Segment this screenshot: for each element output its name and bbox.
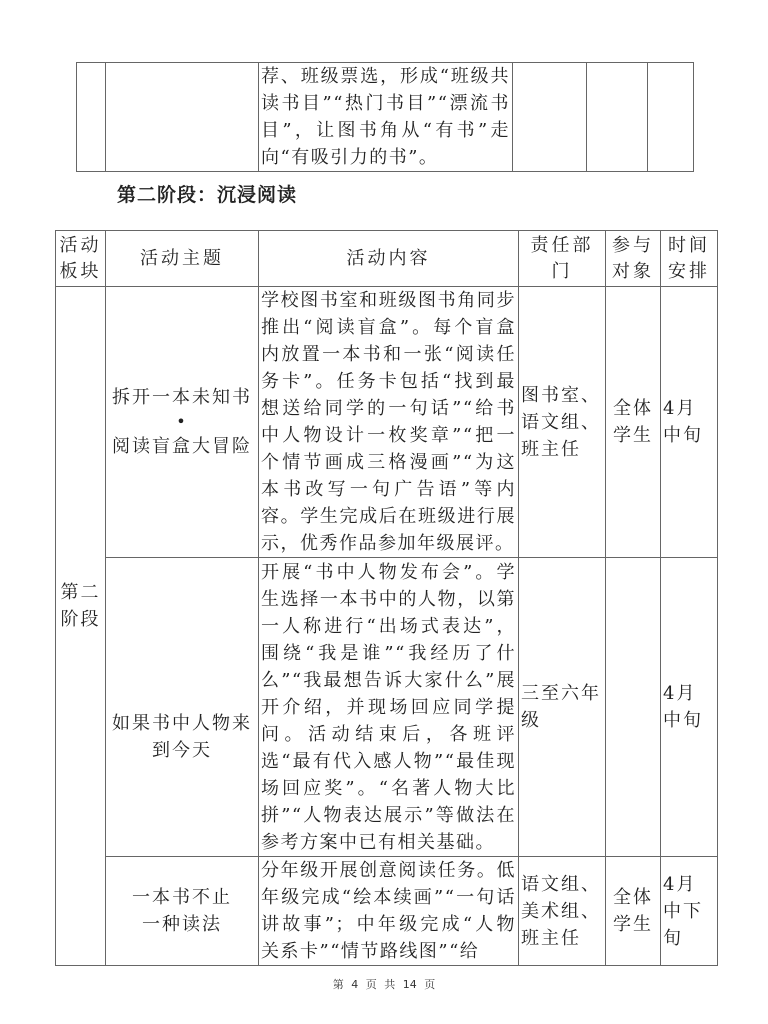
content-cell: 开展“书中人物发布会”。学生选择一本书中的人物，以第一人称进行“出场式表达”，围… xyxy=(259,558,519,857)
header-department: 责任部门 xyxy=(519,231,606,287)
theme-cell: 一本书不止 一种读法 xyxy=(106,857,259,966)
participants-cell xyxy=(606,558,661,857)
table-header-row: 活动板块 活动主题 活动内容 责任部门 参与对象 时间安排 xyxy=(56,231,718,287)
theme-line-1: 拆开一本未知书 xyxy=(108,384,256,411)
block-label-cell: 第二阶段 xyxy=(56,287,106,966)
department-cell xyxy=(513,63,587,172)
header-participants: 参与对象 xyxy=(606,231,661,287)
department-cell: 三至六年级 xyxy=(519,558,606,857)
theme-cell: 拆开一本未知书 • 阅读盲盒大冒险 xyxy=(106,287,259,558)
page-number-footer: 第 4 页 共 14 页 xyxy=(0,976,768,992)
theme-cell xyxy=(106,63,259,172)
theme-line-2: 阅读盲盒大冒险 xyxy=(108,433,256,460)
time-cell: 4月中旬 xyxy=(661,558,718,857)
content-cell: 学校图书室和班级图书角同步推出“阅读盲盒”。每个盲盒内放置一本书和一张“阅读任务… xyxy=(259,287,519,558)
header-theme: 活动主题 xyxy=(106,231,259,287)
table-row: 荐、班级票选，形成“班级共读书目”“热门书目”“漂流书目”，让图书角从“有书”走… xyxy=(77,63,694,172)
theme-line-1: 如果书中人物来 xyxy=(108,710,256,737)
participants-cell xyxy=(587,63,648,172)
theme-line-2: 一种读法 xyxy=(108,911,256,938)
activity-table: 活动板块 活动主题 活动内容 责任部门 参与对象 时间安排 第二阶段 拆开一本未… xyxy=(55,230,718,966)
header-block: 活动板块 xyxy=(56,231,106,287)
header-content: 活动内容 xyxy=(259,231,519,287)
content-cell: 分年级开展创意阅读任务。低年级完成“绘本续画”“一句话讲故事”；中年级完成“人物… xyxy=(259,857,519,966)
table-row: 第二阶段 拆开一本未知书 • 阅读盲盒大冒险 学校图书室和班级图书角同步推出“阅… xyxy=(56,287,718,558)
theme-cell: 如果书中人物来 到今天 xyxy=(106,558,259,857)
block-cell xyxy=(77,63,106,172)
header-time: 时间安排 xyxy=(661,231,718,287)
participants-cell: 全体学生 xyxy=(606,857,661,966)
participants-cell: 全体学生 xyxy=(606,287,661,558)
content-cell: 荐、班级票选，形成“班级共读书目”“热门书目”“漂流书目”，让图书角从“有书”走… xyxy=(259,63,513,172)
table-row: 一本书不止 一种读法 分年级开展创意阅读任务。低年级完成“绘本续画”“一句话讲故… xyxy=(56,857,718,966)
time-cell xyxy=(648,63,694,172)
department-cell: 图书室、语文组、班主任 xyxy=(519,287,606,558)
continuation-table: 荐、班级票选，形成“班级共读书目”“热门书目”“漂流书目”，让图书角从“有书”走… xyxy=(76,62,694,172)
table-row: 如果书中人物来 到今天 开展“书中人物发布会”。学生选择一本书中的人物，以第一人… xyxy=(56,558,718,857)
section-heading: 第二阶段：沉浸阅读 xyxy=(117,180,297,207)
theme-line-2: 到今天 xyxy=(108,737,256,764)
time-cell: 4月中旬 xyxy=(661,287,718,558)
department-cell: 语文组、美术组、班主任 xyxy=(519,857,606,966)
theme-line-1: 一本书不止 xyxy=(108,884,256,911)
bullet-icon: • xyxy=(108,411,256,433)
time-cell: 4月中下旬 xyxy=(661,857,718,966)
